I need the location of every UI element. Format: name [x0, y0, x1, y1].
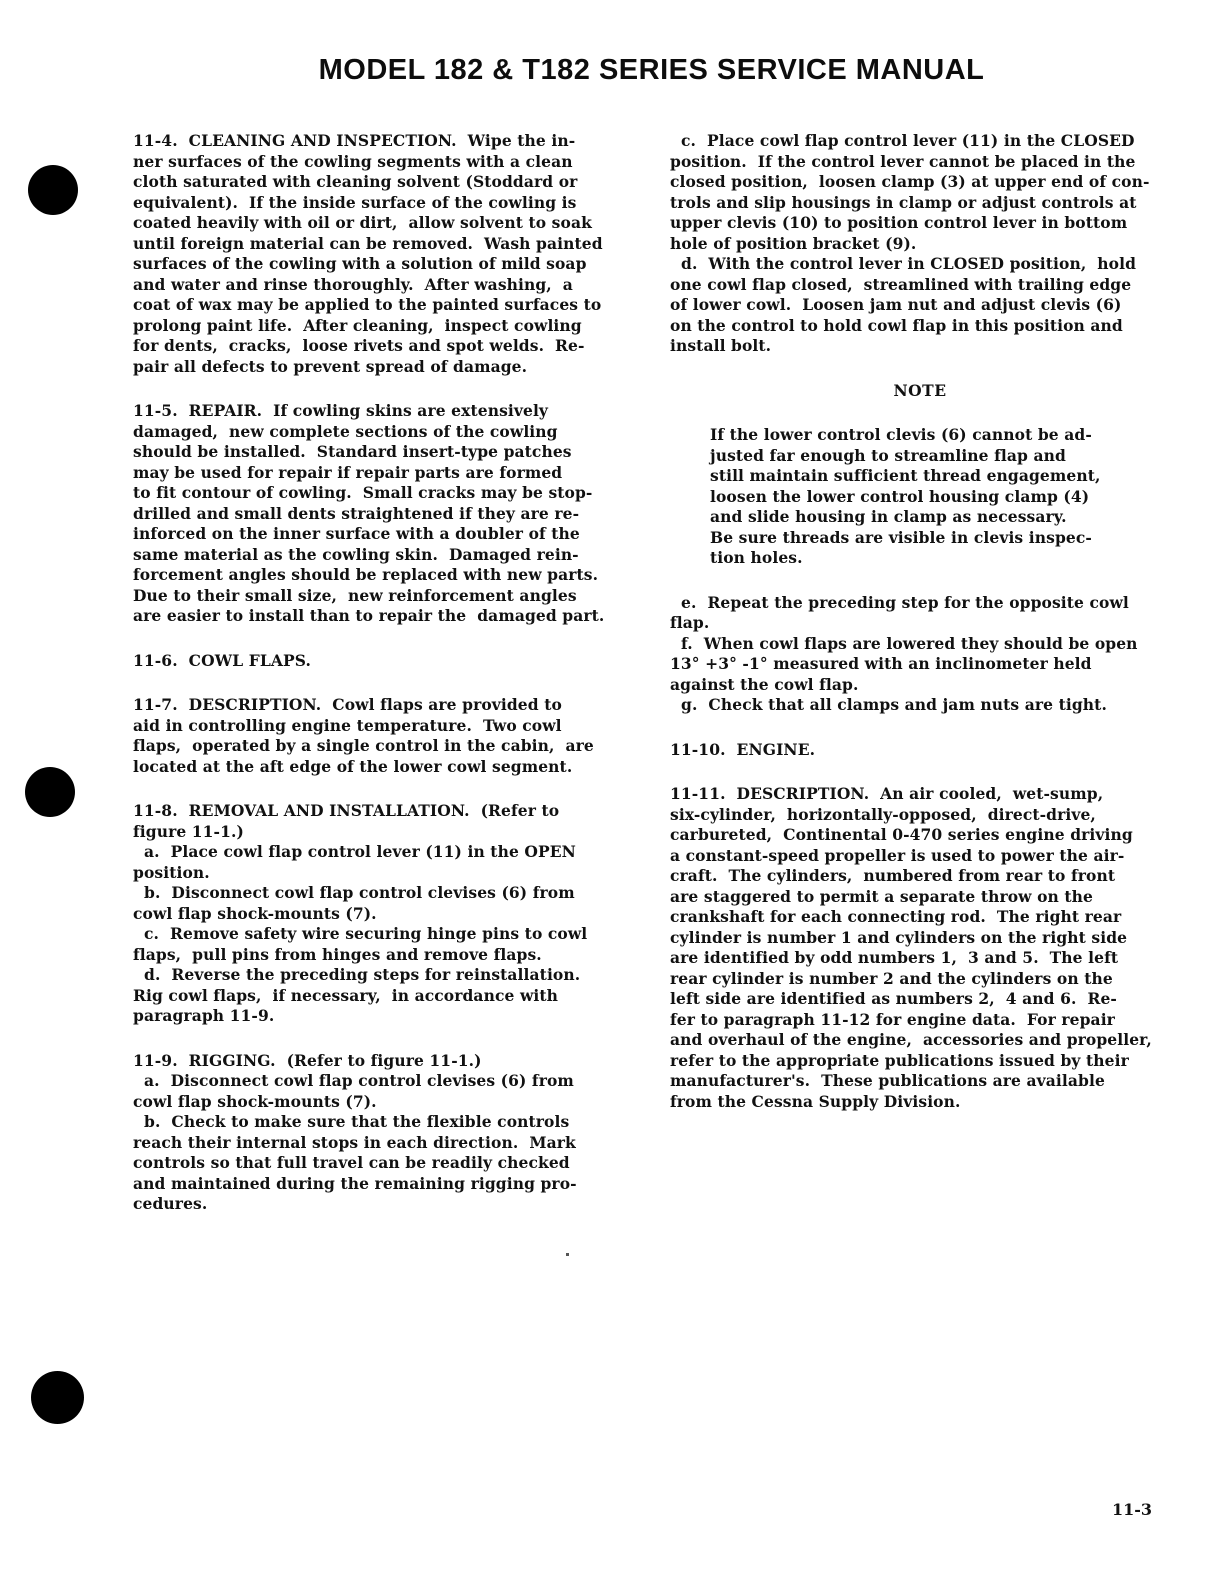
section-11-11-description: 11-11. DESCRIPTION. An air cooled, wet-s… [670, 784, 1170, 1112]
page-title: MODEL 182 & T182 SERIES SERVICE MANUAL [133, 54, 1170, 87]
right-column: c. Place cowl flap control lever (11) in… [670, 131, 1170, 1239]
hole-punch-dot-middle [25, 767, 75, 817]
section-11-10-engine: 11-10. ENGINE. [670, 740, 1170, 761]
two-column-body: 11-4. CLEANING AND INSPECTION. Wipe the … [133, 131, 1170, 1239]
hole-punch-dot-bottom [31, 1371, 84, 1424]
section-11-5-repair: 11-5. REPAIR. If cowling skins are exten… [133, 401, 625, 627]
note-body: If the lower control clevis (6) cannot b… [670, 425, 1170, 569]
steps-c-d: c. Place cowl flap control lever (11) in… [670, 131, 1170, 357]
section-11-4-cleaning-and-inspection: 11-4. CLEANING AND INSPECTION. Wipe the … [133, 131, 625, 377]
steps-e-f-g: e. Repeat the preceding step for the opp… [670, 593, 1170, 716]
manual-page: MODEL 182 & T182 SERIES SERVICE MANUAL 1… [0, 0, 1224, 1578]
hole-punch-dot-top [28, 165, 78, 215]
section-11-6-cowl-flaps: 11-6. COWL FLAPS. [133, 651, 625, 672]
scan-artifact-speck [566, 1253, 569, 1256]
section-11-7-description: 11-7. DESCRIPTION. Cowl flaps are provid… [133, 695, 625, 777]
page-number: 11-3 [133, 1500, 1170, 1519]
section-11-9-rigging: 11-9. RIGGING. (Refer to figure 11-1.) a… [133, 1051, 625, 1215]
note-heading: NOTE [670, 381, 1170, 402]
section-11-8-removal-and-installation: 11-8. REMOVAL AND INSTALLATION. (Refer t… [133, 801, 625, 1027]
left-column: 11-4. CLEANING AND INSPECTION. Wipe the … [133, 131, 625, 1239]
